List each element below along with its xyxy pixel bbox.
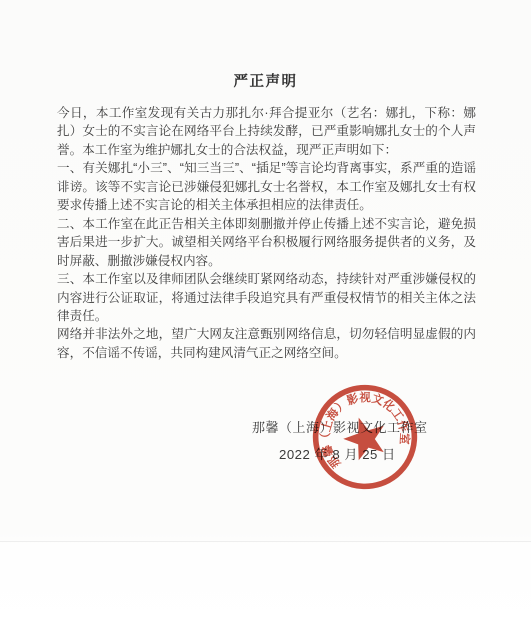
document-title: 严正声明 — [0, 70, 531, 91]
statement-body: 今日，本工作室发现有关古力那扎尔·拜合提亚尔（艺名：娜扎，下称：娜扎）女士的不实… — [57, 104, 476, 362]
clause-1-paragraph: 一、有关娜扎“小三”、“知三当三”、“插足”等言论均背离事实，系严重的造谣诽谤。… — [57, 159, 476, 214]
clause-3-paragraph: 三、本工作室以及律师团队会继续盯紧网络动态，持续针对严重涉嫌侵权的内容进行公证取… — [57, 270, 476, 325]
official-seal-stamp: 那馨（上海）影视文化工作室 — [309, 380, 421, 494]
statement-document: 严正声明 今日，本工作室发现有关古力那扎尔·拜合提亚尔（艺名：娜扎，下称：娜扎）… — [0, 0, 531, 635]
closing-paragraph: 网络并非法外之地，望广大网友注意甄别网络信息，切勿轻信明显虚假的内容，不信谣不传… — [57, 325, 476, 362]
intro-paragraph: 今日，本工作室发现有关古力那扎尔·拜合提亚尔（艺名：娜扎，下称：娜扎）女士的不实… — [57, 104, 476, 159]
clause-2-paragraph: 二、本工作室在此正告相关主体即刻删撤并停止传播上述不实言论，避免损害后果进一步扩… — [57, 215, 476, 270]
scan-page-edge — [0, 541, 531, 542]
seal-star-icon — [338, 411, 391, 463]
